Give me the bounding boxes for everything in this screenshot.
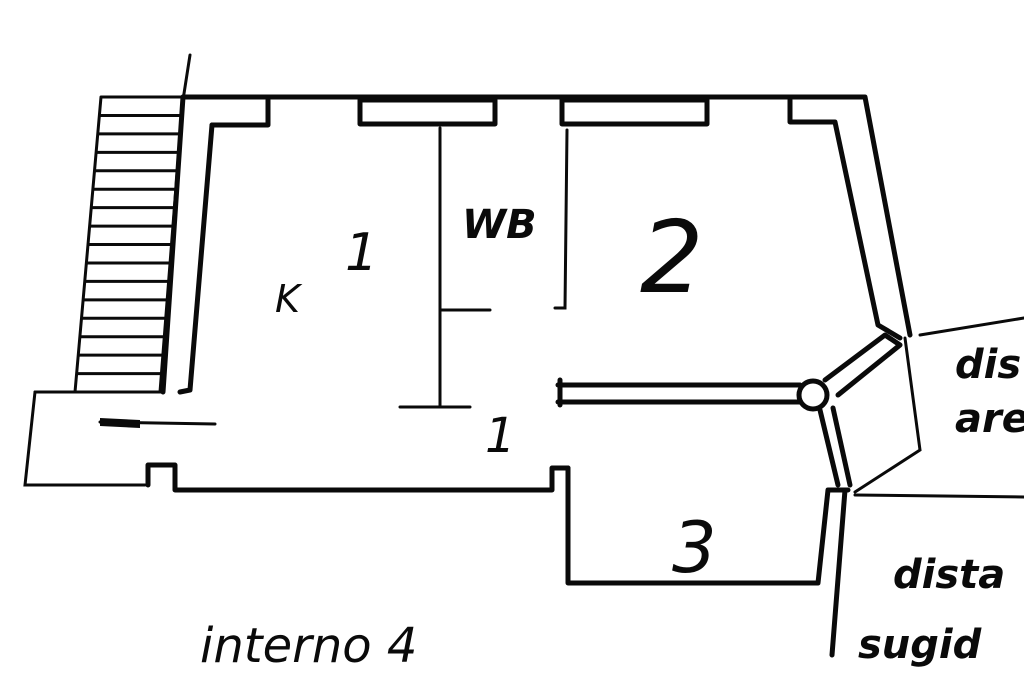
room-label-bathroom: WB: [462, 202, 537, 248]
windows: [360, 100, 707, 124]
side-note-bottom-line-2: sugid: [858, 622, 982, 668]
side-note-top-line-1: dis: [955, 342, 1021, 388]
floor-plan: K 1 WB 2 1 3 interno 4 dis are dista sug…: [0, 0, 1024, 683]
room-label-2: 2: [640, 199, 704, 316]
window-1: [360, 100, 495, 124]
room-label-3: 3: [672, 507, 717, 589]
side-note-bottom-line-1: dista: [893, 552, 1005, 598]
unit-label: interno 4: [200, 618, 417, 674]
side-note-top-line-2: are: [955, 396, 1024, 442]
entrance-arrow-icon: [100, 418, 215, 428]
room-label-hall: 1: [485, 408, 516, 464]
window-2: [562, 100, 707, 124]
room-label-kitchen: K: [275, 277, 303, 321]
room-tag-kitchen: 1: [345, 223, 378, 283]
